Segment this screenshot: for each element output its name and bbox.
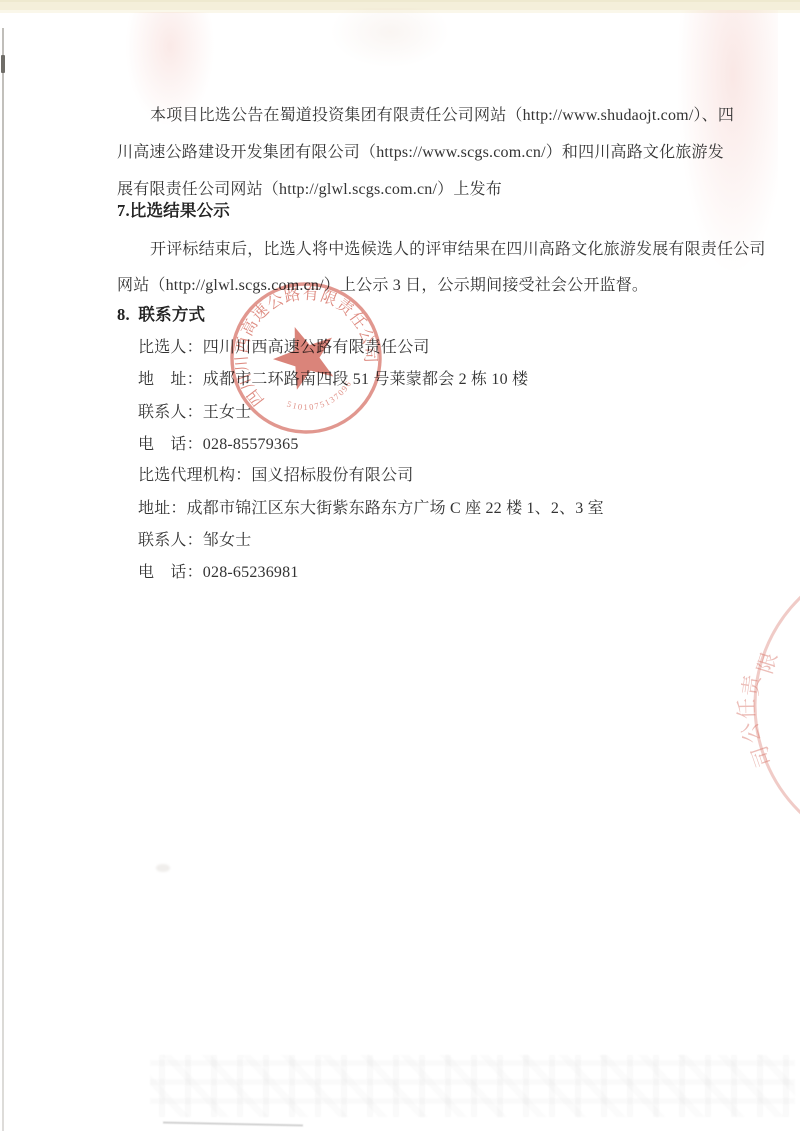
paper-smudge <box>156 864 170 872</box>
page-bleedthrough-texture <box>150 1055 795 1117</box>
edge-seal-char: 任 <box>735 698 759 719</box>
star-icon <box>265 316 344 394</box>
svg-text:5101075137096: 5101075137096 <box>283 376 359 421</box>
result-paragraph-line-1: 开评标结束后，比选人将中选候选人的评审结果在四川高路文化旅游发展有限责任公司 <box>150 236 766 259</box>
publish-paragraph-line-2: 川高速公路建设开发集团有限公司（https://www.scgs.com.cn/… <box>117 139 724 162</box>
section-8-heading: 8. 联系方式 <box>117 301 205 325</box>
partial-seal-stamp: 限 责 任 公 司 <box>735 580 800 840</box>
edge-seal-char: 公 <box>738 720 765 745</box>
seal-ring <box>755 580 800 840</box>
publish-paragraph-line-1: 本项目比选公告在蜀道投资集团有限责任公司网站（http://www.shudao… <box>150 102 734 125</box>
company-seal-stamp: 四川川西高速公路有限责任公司 5101075137096 <box>206 258 406 458</box>
contact-line-agency: 比选代理机构：国义招标股份有限公司 <box>138 462 413 485</box>
publish-paragraph-line-3: 展有限责任公司网站（http://glwl.scgs.com.cn/）上发布 <box>117 176 502 199</box>
scan-left-edge-notch <box>1 55 5 73</box>
edge-seal-char: 责 <box>738 673 765 698</box>
contact-line-person-2: 联系人：邹女士 <box>138 527 251 550</box>
contact-line-address-2: 地址：成都市锦江区东大街紫东路东方广场 C 座 22 楼 1、2、3 室 <box>138 495 604 518</box>
contact-line-phone-2: 电 话：028-65236981 <box>138 559 299 582</box>
seal-serial-number: 5101075137096 <box>283 376 359 421</box>
section-7-heading: 7.比选结果公示 <box>117 197 230 221</box>
scan-left-edge-line <box>2 28 4 1131</box>
scan-top-edge-strip <box>0 0 800 13</box>
ink-smudge-wash <box>330 8 450 68</box>
page-bleedthrough-line <box>163 1122 303 1127</box>
edge-seal-char: 司 <box>747 743 777 771</box>
